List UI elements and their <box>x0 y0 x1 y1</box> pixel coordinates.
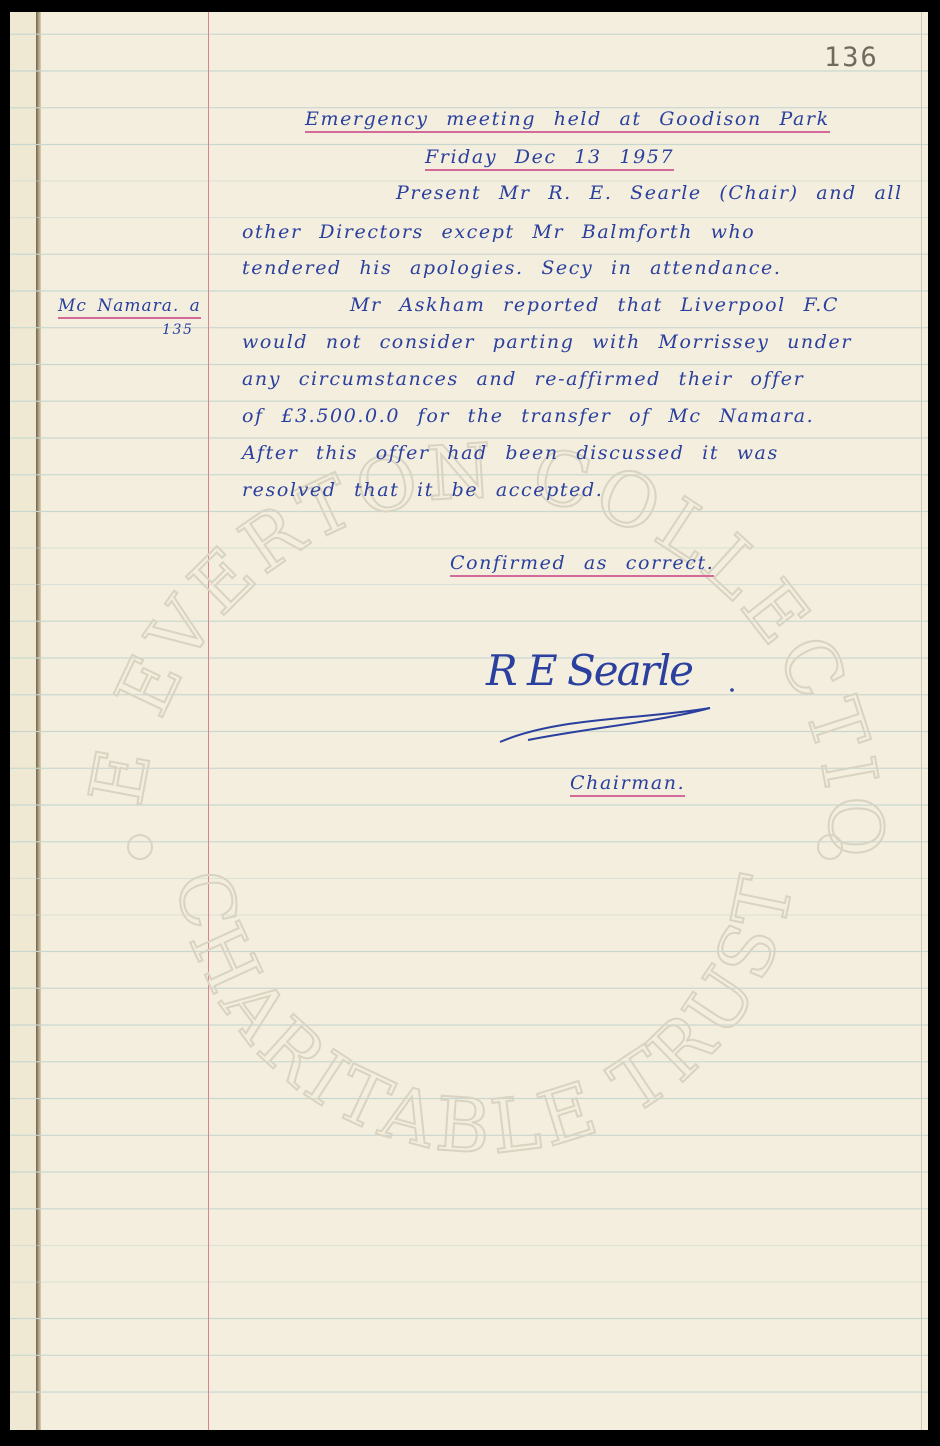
minutes-line: resolved that it be accepted. <box>242 479 603 501</box>
ledger-page: THE EVERTON COLLECTION CHARITABLE TRUST … <box>10 12 928 1430</box>
signature-flourish-icon <box>478 632 738 752</box>
minutes-line: tendered his apologies. Secy in attendan… <box>242 257 781 279</box>
minutes-line: Mr Askham reported that Liverpool F.C <box>350 294 839 316</box>
confirmed-statement: Confirmed as correct. <box>450 552 714 577</box>
chairman-title: Chairman. <box>570 772 685 797</box>
minutes-line: of £3.500.0.0 for the transfer of Mc Nam… <box>242 405 814 427</box>
meeting-date: Friday Dec 13 1957 <box>425 146 674 171</box>
minutes-line: would not consider parting with Morrisse… <box>242 331 852 353</box>
minutes-line: any circumstances and re-affirmed their … <box>242 368 804 390</box>
minutes-line: other Directors except Mr Balmforth who <box>242 221 755 243</box>
minutes-line: Present Mr R. E. Searle (Chair) and all <box>396 182 903 204</box>
page-edge <box>921 12 922 1430</box>
chairman-signature: R E Searle <box>478 632 738 752</box>
page-number: 136 <box>824 42 879 73</box>
red-margin-line <box>208 12 209 1430</box>
meeting-heading: Emergency meeting held at Goodison Park <box>305 108 830 133</box>
margin-reference: 135 <box>162 322 194 338</box>
minutes-line: After this offer had been discussed it w… <box>242 442 779 464</box>
margin-note: Mc Namara. a <box>58 296 201 319</box>
